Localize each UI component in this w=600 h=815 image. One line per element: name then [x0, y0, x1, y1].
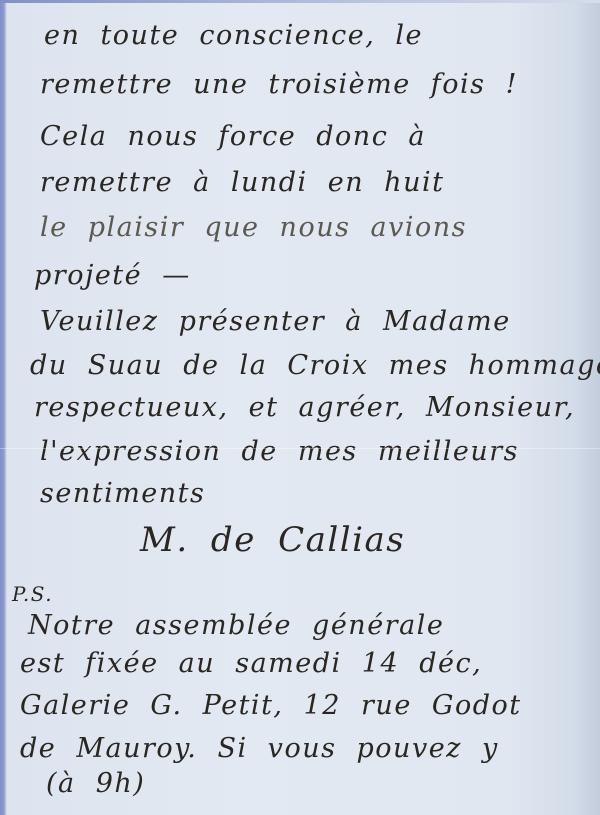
body-line-3: Cela nous force donc à — [40, 121, 426, 152]
body-line-11: sentiments — [40, 478, 205, 509]
body-line-4: remettre à lundi en huit — [40, 167, 444, 198]
postscript-label: P.S. — [12, 582, 53, 606]
letter-page: en toute conscience, le remettre une tro… — [0, 0, 600, 815]
body-line-7: Veuillez présenter à Madame — [40, 306, 511, 337]
signature: M. de Callias — [140, 520, 405, 560]
body-line-8: du Suau de la Croix mes hommages — [30, 350, 600, 381]
postscript-line-4: de Mauroy. Si vous pouvez y — [20, 733, 499, 764]
postscript-line-5: (à 9h) — [46, 768, 145, 799]
postscript-line-2: est fixée au samedi 14 déc, — [20, 648, 482, 679]
body-line-6: projeté — — [34, 260, 191, 291]
postscript-line-3: Galerie G. Petit, 12 rue Godot — [20, 690, 522, 721]
body-line-9: respectueux, et agréer, Monsieur, — [34, 392, 575, 423]
body-line-5: le plaisir que nous avions — [40, 212, 467, 243]
body-line-10: l'expression de mes meilleurs — [40, 436, 519, 467]
body-line-1: en toute conscience, le — [44, 20, 423, 51]
body-line-2: remettre une troisième fois ! — [40, 69, 518, 100]
postscript-line-1: Notre assemblée générale — [28, 610, 444, 641]
